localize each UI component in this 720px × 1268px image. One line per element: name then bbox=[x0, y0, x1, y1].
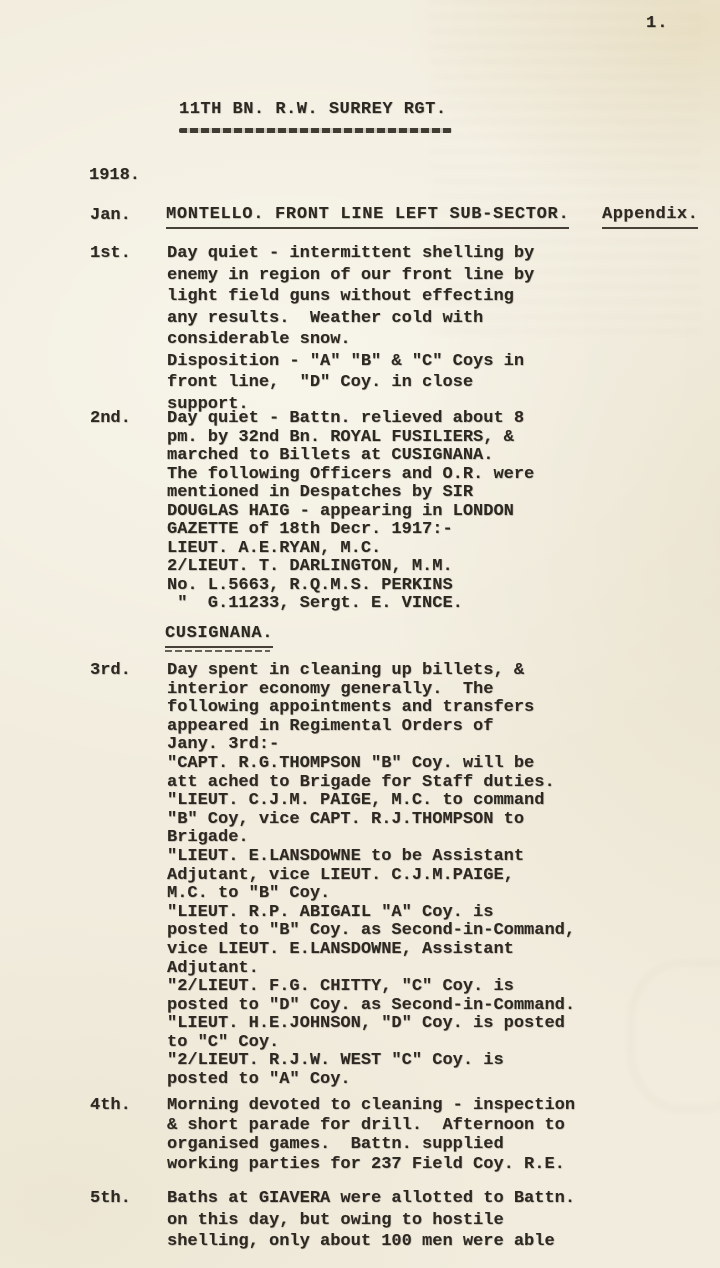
diary-entry-5th: 5th. Baths at GIAVERA were allotted to B… bbox=[90, 1188, 675, 1253]
text-line: any results. Weather cold with bbox=[167, 308, 675, 330]
text-line: interior economy generally. The bbox=[167, 681, 675, 700]
text-line: The following Officers and O.R. were bbox=[167, 466, 675, 485]
year-label: 1918. bbox=[89, 166, 140, 185]
text-line: posted to "D" Coy. as Second-in-Command. bbox=[167, 997, 675, 1016]
text-line: enemy in region of our front line by bbox=[167, 265, 675, 287]
text-line: Brigade. bbox=[167, 829, 675, 848]
section-heading-cusignana: CUSIGNANA. bbox=[165, 624, 273, 648]
text-line: appeared in Regimental Orders of bbox=[167, 718, 675, 737]
text-line: "LIEUT. C.J.M. PAIGE, M.C. to command bbox=[167, 792, 675, 811]
entry-body: Day quiet - Battn. relieved about 8pm. b… bbox=[167, 410, 675, 614]
text-line: pm. by 32nd Bn. ROYAL FUSILIERS, & bbox=[167, 429, 675, 448]
text-line: Jany. 3rd:- bbox=[167, 736, 675, 755]
text-line: considerable snow. bbox=[167, 329, 675, 351]
text-line: Adjutant, vice LIEUT. C.J.M.PAIGE, bbox=[167, 867, 675, 886]
text-line: "2/LIEUT. R.J.W. WEST "C" Coy. is bbox=[167, 1052, 675, 1071]
text-line: & short parade for drill. Afternoon to bbox=[167, 1116, 675, 1136]
text-line: No. L.5663, R.Q.M.S. PERKINS bbox=[167, 577, 675, 596]
entry-body: Day quiet - intermittent shelling byenem… bbox=[167, 243, 675, 415]
appendix-label: Appendix. bbox=[602, 205, 698, 229]
text-line: "CAPT. R.G.THOMPSON "B" Coy. will be bbox=[167, 755, 675, 774]
text-line: "LIEUT. E.LANSDOWNE to be Assistant bbox=[167, 848, 675, 867]
page-number: 1. bbox=[646, 14, 668, 33]
text-line: att ached to Brigade for Staff duties. bbox=[167, 774, 675, 793]
text-line: GAZETTE of 18th Decr. 1917:- bbox=[167, 521, 675, 540]
text-line: LIEUT. A.E.RYAN, M.C. bbox=[167, 540, 675, 559]
diary-entry-1st: 1st. Day quiet - intermittent shelling b… bbox=[90, 243, 675, 415]
text-line: to "C" Coy. bbox=[167, 1034, 675, 1053]
month-label: Jan. bbox=[90, 206, 131, 225]
text-line: Disposition - "A" "B" & "C" Coys in bbox=[167, 351, 675, 373]
text-line: light field guns without effecting bbox=[167, 286, 675, 308]
war-diary-page: 1. 11TH BN. R.W. SURREY RGT. 1918. Jan. … bbox=[0, 0, 720, 1268]
text-line: on this day, but owing to hostile bbox=[167, 1210, 675, 1232]
text-line: organised games. Battn. supplied bbox=[167, 1135, 675, 1155]
entry-body: Baths at GIAVERA were allotted to Battn.… bbox=[167, 1188, 675, 1253]
text-line: Day spent in cleaning up billets, & bbox=[167, 662, 675, 681]
text-line: "B" Coy, vice CAPT. R.J.THOMPSON to bbox=[167, 811, 675, 830]
entry-date: 1st. bbox=[90, 243, 131, 265]
text-line: vice LIEUT. E.LANSDOWNE, Assistant bbox=[167, 941, 675, 960]
text-line: marched to Billets at CUSIGNANA. bbox=[167, 447, 675, 466]
text-line: DOUGLAS HAIG - appearing in LONDON bbox=[167, 503, 675, 522]
text-line: posted to "A" Coy. bbox=[167, 1071, 675, 1090]
text-line: Day quiet - Battn. relieved about 8 bbox=[167, 410, 675, 429]
entry-body: Morning devoted to cleaning - inspection… bbox=[167, 1096, 675, 1174]
text-line: working parties for 237 Field Coy. R.E. bbox=[167, 1155, 675, 1175]
sector-heading: MONTELLO. FRONT LINE LEFT SUB-SECTOR. bbox=[166, 205, 569, 229]
text-line: front line, "D" Coy. in close bbox=[167, 372, 675, 394]
diary-entry-2nd: 2nd. Day quiet - Battn. relieved about 8… bbox=[90, 410, 675, 614]
diary-entry-4th: 4th. Morning devoted to cleaning - inspe… bbox=[90, 1096, 675, 1174]
text-line: Morning devoted to cleaning - inspection bbox=[167, 1096, 675, 1116]
text-line: Adjutant. bbox=[167, 960, 675, 979]
entry-date: 3rd. bbox=[90, 662, 131, 681]
text-line: " G.11233, Sergt. E. VINCE. bbox=[167, 595, 675, 614]
text-line: "LIEUT. R.P. ABIGAIL "A" Coy. is bbox=[167, 904, 675, 923]
text-line: 2/LIEUT. T. DARLINGTON, M.M. bbox=[167, 558, 675, 577]
entry-date: 4th. bbox=[90, 1096, 131, 1116]
text-line: shelling, only about 100 men were able bbox=[167, 1231, 675, 1253]
entry-date: 5th. bbox=[90, 1188, 131, 1210]
diary-entry-3rd: 3rd. Day spent in cleaning up billets, &… bbox=[90, 662, 675, 1090]
text-line: "LIEUT. H.E.JOHNSON, "D" Coy. is posted bbox=[167, 1015, 675, 1034]
title-underline bbox=[179, 128, 452, 133]
entry-date: 2nd. bbox=[90, 410, 131, 429]
text-line: "2/LIEUT. F.G. CHITTY, "C" Coy. is bbox=[167, 978, 675, 997]
text-line: following appointments and transfers bbox=[167, 699, 675, 718]
entry-body: Day spent in cleaning up billets, &inter… bbox=[167, 662, 675, 1090]
text-line: Day quiet - intermittent shelling by bbox=[167, 243, 675, 265]
document-title: 11TH BN. R.W. SURREY RGT. bbox=[179, 100, 447, 119]
text-line: posted to "B" Coy. as Second-in-Command, bbox=[167, 922, 675, 941]
text-line: Baths at GIAVERA were allotted to Battn. bbox=[167, 1188, 675, 1210]
text-line: mentioned in Despatches by SIR bbox=[167, 484, 675, 503]
text-line: M.C. to "B" Coy. bbox=[167, 885, 675, 904]
